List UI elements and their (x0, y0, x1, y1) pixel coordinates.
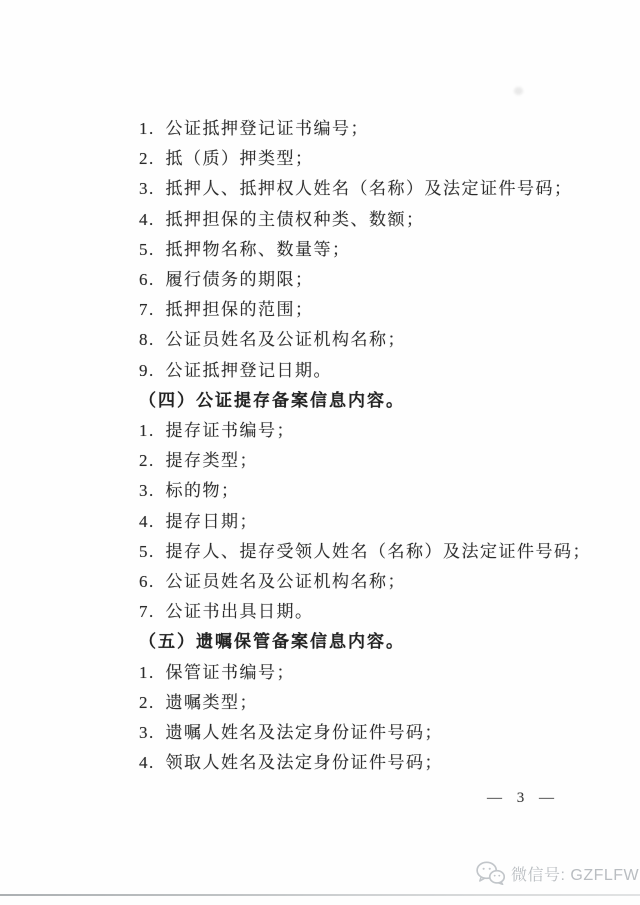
watermark-label: 微信号: GZFLFW (511, 862, 639, 885)
list-item: 7. 抵押担保的范围； (139, 295, 609, 325)
list-item: 2. 提存类型； (139, 446, 609, 476)
list-item: 5. 提存人、提存受领人姓名（名称）及法定证件号码； (139, 537, 609, 567)
list-item: 1. 保管证书编号； (139, 658, 609, 688)
list-item: 5. 抵押物名称、数量等； (139, 235, 609, 265)
document-page: 1. 公证抵押登记证书编号；2. 抵（质）押类型；3. 抵押人、抵押权人姓名（名… (0, 0, 640, 905)
list-item: 3. 标的物； (139, 476, 609, 506)
list-item: 6. 公证员姓名及公证机构名称； (139, 567, 609, 597)
list-item: 2. 抵（质）押类型； (139, 144, 609, 174)
list-item: 7. 公证书出具日期。 (139, 597, 609, 627)
scan-artifact-dot (514, 87, 523, 95)
list-item: 1. 公证抵押登记证书编号； (139, 114, 609, 144)
document-body: 1. 公证抵押登记证书编号；2. 抵（质）押类型；3. 抵押人、抵押权人姓名（名… (139, 114, 609, 778)
list-item: 2. 遗嘱类型； (139, 688, 609, 718)
list-item: 8. 公证员姓名及公证机构名称； (139, 325, 609, 355)
list-item: 1. 提存证书编号； (139, 416, 609, 446)
footer-divider-line (0, 894, 640, 896)
watermark: 微信号: GZFLFW (476, 861, 639, 885)
list-item: 3. 遗嘱人姓名及法定身份证件号码； (139, 718, 609, 748)
list-item: 4. 领取人姓名及法定身份证件号码； (139, 748, 609, 778)
list-item: 9. 公证抵押登记日期。 (139, 356, 609, 386)
page-number: — 3 — (487, 790, 555, 807)
section-heading: （五）遗嘱保管备案信息内容。 (139, 627, 609, 657)
list-item: 4. 提存日期； (139, 507, 609, 537)
list-item: 3. 抵押人、抵押权人姓名（名称）及法定证件号码； (139, 174, 609, 204)
list-item: 6. 履行债务的期限； (139, 265, 609, 295)
wechat-icon (476, 861, 505, 885)
list-item: 4. 抵押担保的主债权种类、数额； (139, 205, 609, 235)
section-heading: （四）公证提存备案信息内容。 (139, 386, 609, 416)
